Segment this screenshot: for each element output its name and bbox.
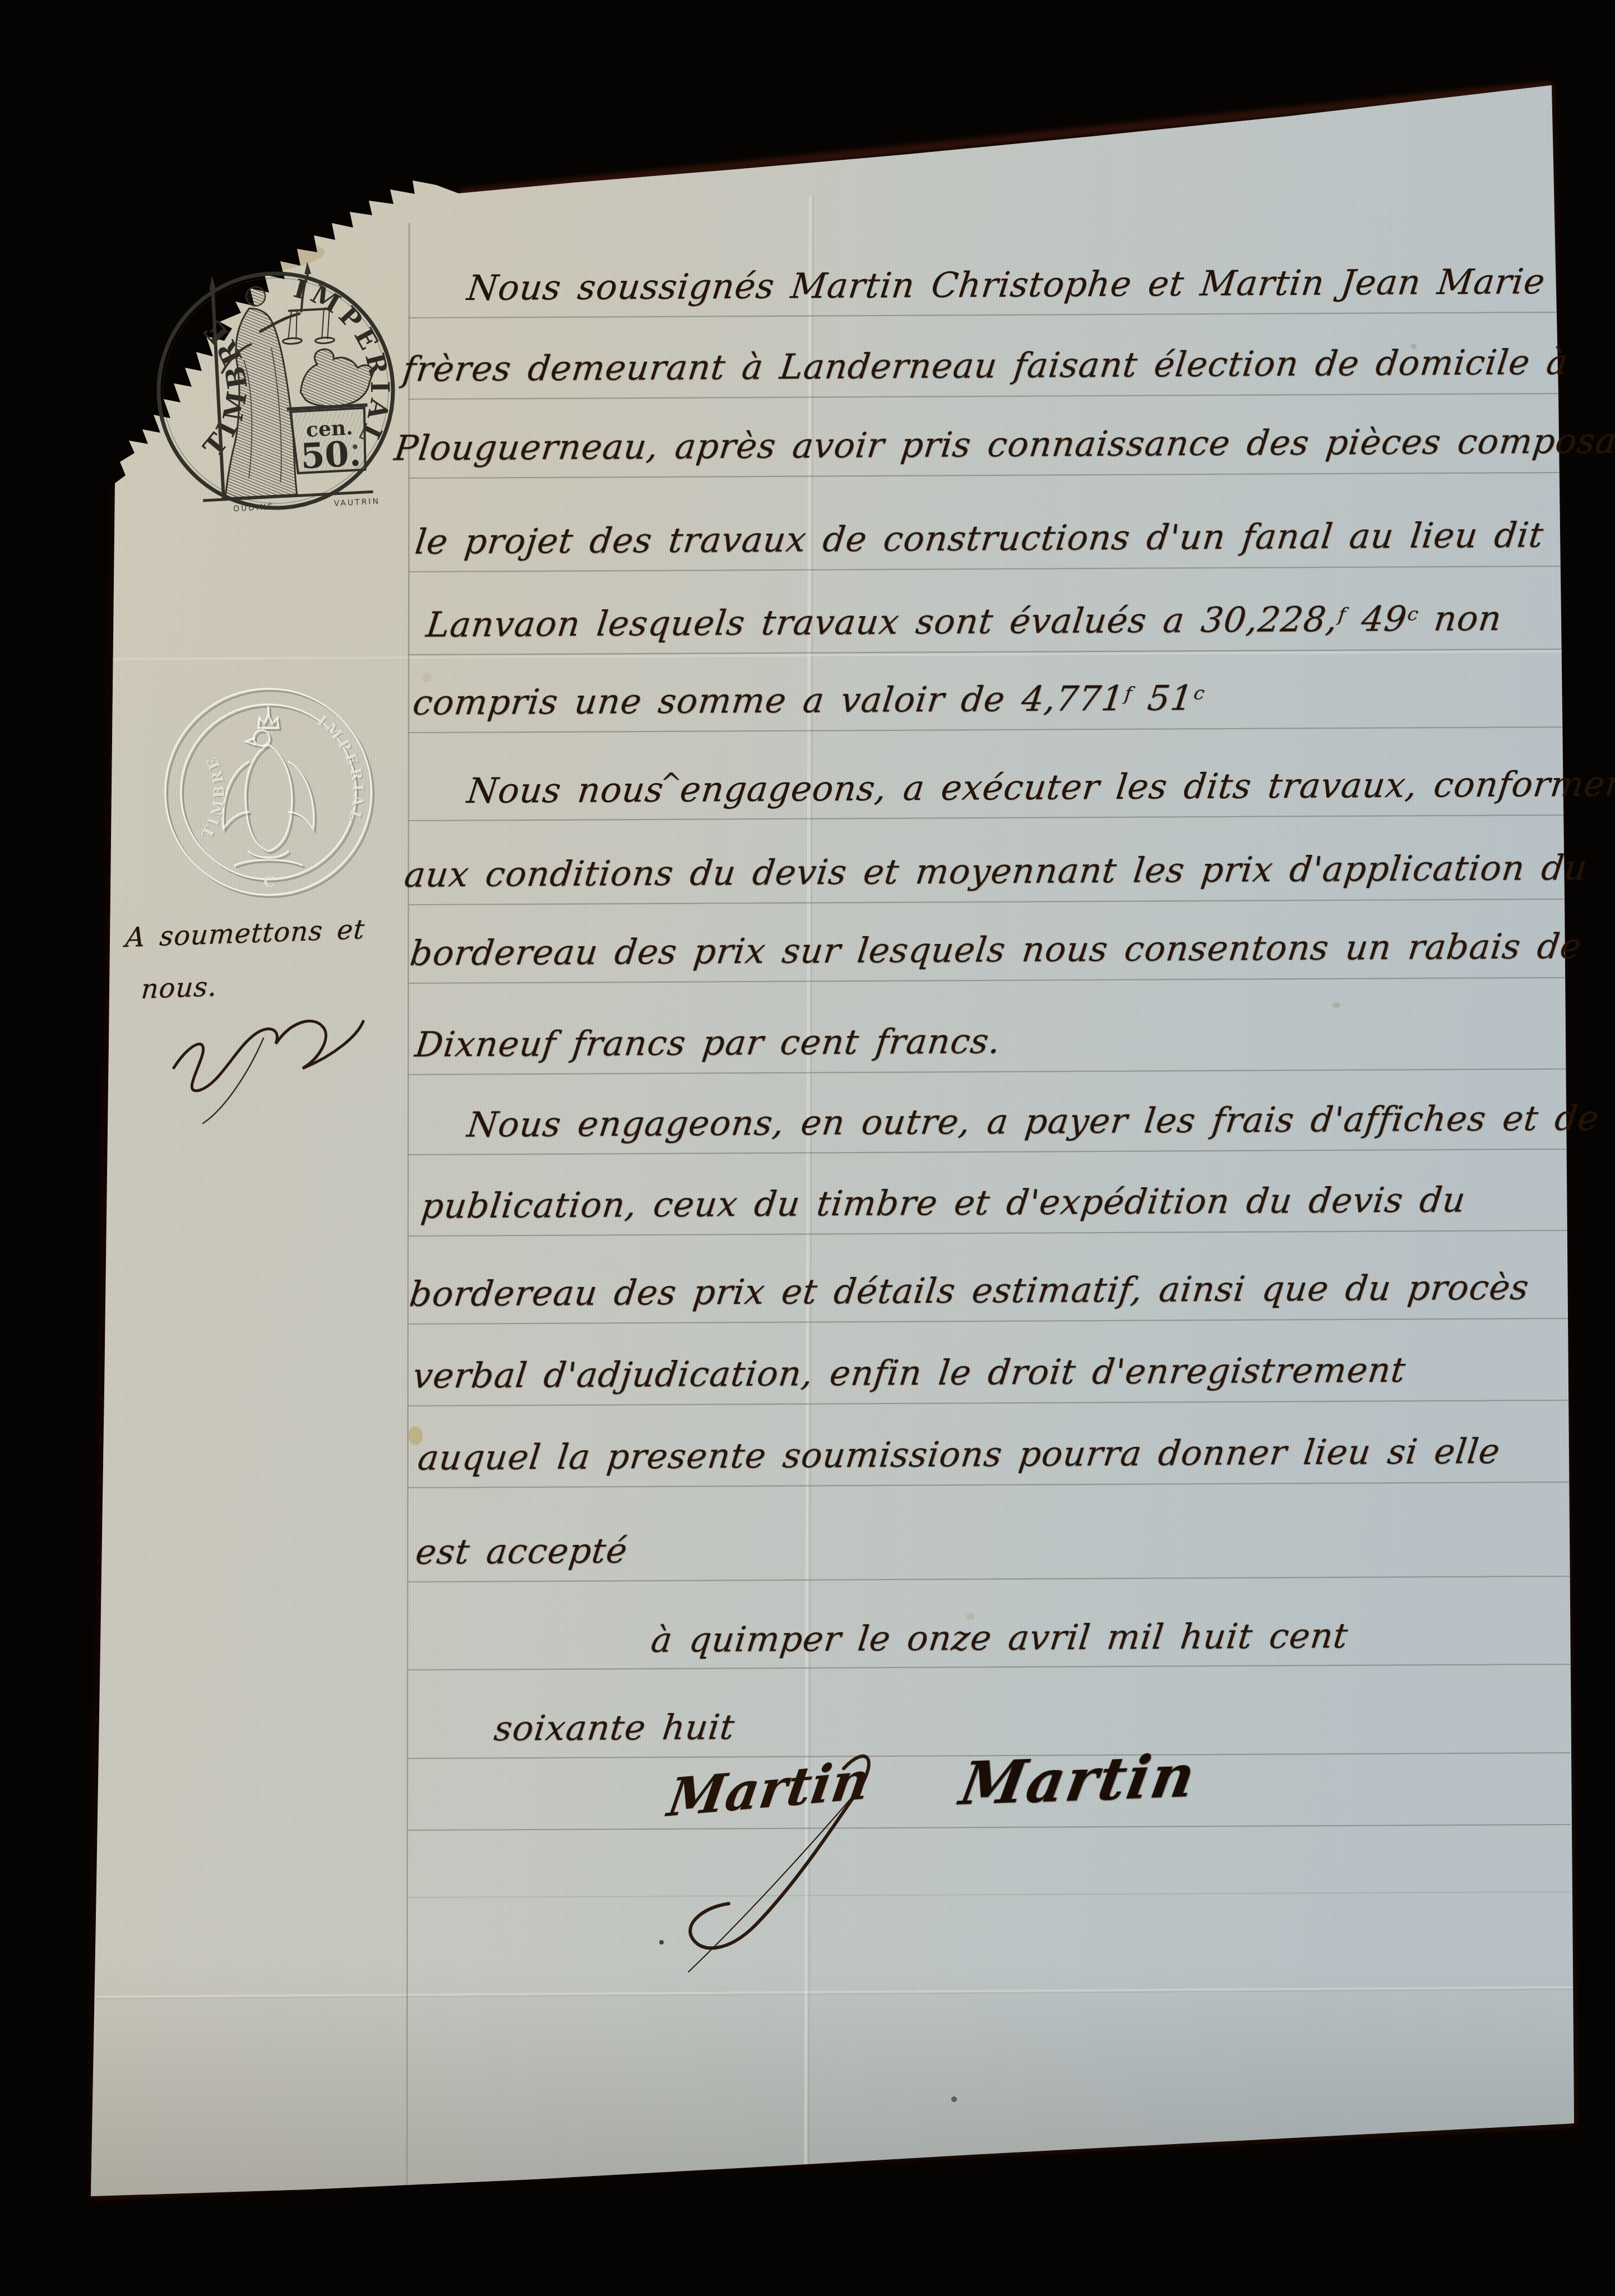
manuscript-line: Nous soussignés Martin Christophe et Mar…: [465, 263, 1547, 306]
signature-martin-right: Martin: [956, 1745, 1201, 1815]
manuscript-date-line: à quimper le onze avril mil huit cent: [649, 1617, 1350, 1658]
emboss-bottom-mark: C: [263, 874, 275, 891]
manuscript-date-line: soixante huit: [492, 1709, 737, 1747]
manuscript-line: Nous engageons, en outre, a payer les fr…: [465, 1100, 1601, 1143]
photo-backdrop: TIMBRE IMPERIAL.: [0, 0, 1615, 2296]
manuscript-line: frères demeurant à Landerneau faisant él…: [401, 344, 1570, 387]
justice-head: [246, 286, 266, 307]
manuscript-line: bordereau des prix sur lesquels nous con…: [408, 928, 1584, 971]
line-text: compris une somme a valoir de 4,771: [411, 678, 1127, 723]
manuscript-line: compris une somme a valoir de 4,771f 51c: [411, 679, 1206, 721]
line-text: non: [1415, 598, 1504, 639]
manuscript-line: Lanvaon lesquels travaux sont évalués a …: [424, 600, 1504, 643]
margin-note-line: nous.: [140, 973, 218, 1003]
manuscript-line: Dixneuf francs par cent francs.: [413, 1023, 1003, 1063]
manuscript-line: bordereau des prix et détails estimatif,…: [408, 1269, 1531, 1312]
line-text: 51: [1129, 677, 1196, 719]
manuscript-line: est accepté: [414, 1533, 630, 1570]
stamp-pedestal: cen. 50.: [287, 405, 371, 477]
stamp-denomination-value: 50.: [299, 433, 362, 477]
manuscript-line: Plouguerneau, après avoir pris connaissa…: [392, 422, 1615, 466]
manuscript-line: publication, ceux du timbre et d'expédit…: [419, 1182, 1468, 1225]
manuscript-line: verbal d'adjudication, enfin le droit d'…: [411, 1351, 1408, 1394]
manuscript-line: aux conditions du devis et moyennant les…: [402, 849, 1589, 893]
line-text: Lanvaon lesquels travaux sont évalués a …: [424, 599, 1340, 645]
manuscript-line: le projet des travaux de constructions d…: [413, 517, 1545, 560]
manuscript-line: auquel la presente soumissions pourra do…: [416, 1433, 1502, 1476]
line-text: 49: [1343, 598, 1409, 640]
manuscript-line: Nous nous engageons, a exécuter les dits…: [465, 765, 1615, 809]
